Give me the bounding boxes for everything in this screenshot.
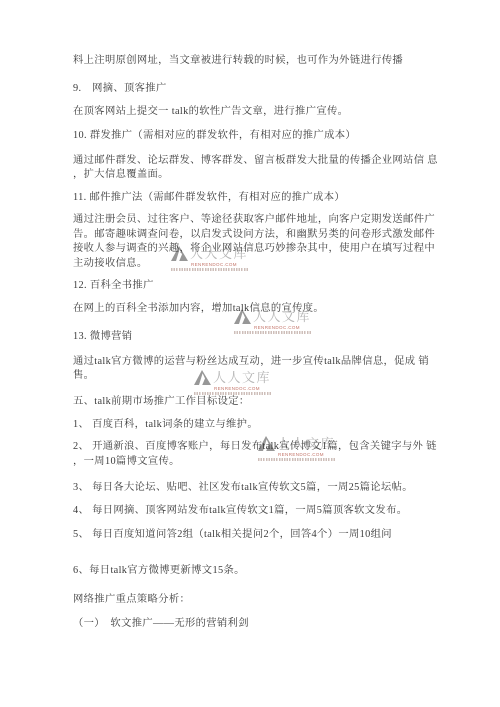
doc-heading-line: （一） 软文推广——无形的营销利剑	[73, 618, 249, 630]
watermark-fineprint	[234, 331, 312, 334]
doc-text-line: 料上注明原创网址，当文章被进行转载的时候，也可作为外链进行传播	[73, 55, 403, 67]
doc-heading-line: 五、talk前期市场推广工作目标设定：	[73, 396, 250, 408]
watermark-fineprint	[194, 392, 272, 395]
doc-text-line: 告。邮寄趣味调查问卷，以启发式设问方法，和幽默另类的问卷形式激发邮件	[73, 229, 435, 241]
watermark-domain: RENRENDOC.COM	[214, 386, 278, 391]
watermark-fineprint	[258, 458, 336, 461]
doc-list-item: 4、 每日网摘、顶客网站发布talk宣传软文1篇，一周5篇顶客软文发布。	[73, 505, 407, 517]
watermark-brand: 人人文库	[213, 371, 271, 385]
doc-heading-line: 网络推广重点策略分析：	[73, 594, 190, 606]
doc-text-line: ，扩大信息覆盖面。	[73, 169, 169, 181]
doc-text-line: 通过邮件群发、论坛群发、博客群发、留言板群发大批量的传播企业网站信 息	[73, 155, 438, 167]
watermark-fineprint	[171, 268, 249, 271]
doc-list-item: 5、 每日百度知道问答2组（talk相关提问2个，回答4个）一周10组问	[73, 529, 392, 541]
renrendoc-logo-icon	[194, 370, 211, 385]
document-page: 人人文库 RENRENDOC.COM 人人文库 RENRENDOC.COM 人人…	[0, 0, 500, 707]
doc-text-line: 通过talk官方微博的运营与粉丝达成互动，进一步宣传talk品牌信息，促成 销	[73, 356, 429, 368]
doc-text-line: 售。	[73, 370, 94, 382]
doc-heading-line: 13. 微博营销	[73, 331, 132, 343]
watermark-domain: RENRENDOC.COM	[191, 262, 255, 267]
doc-text-line: 接收人参与调查的兴趣，将企业网站信息巧妙掺杂其中，使用户在填写过程中	[73, 243, 435, 255]
doc-heading-line: 11. 邮件推广法（需邮件群发软件，有相对应的推广成本）	[73, 192, 345, 204]
watermark-domain: RENRENDOC.COM	[254, 325, 318, 330]
doc-heading-line: 10. 群发推广（需相对应的群发软件，有相对应的推广成本）	[73, 130, 356, 142]
doc-list-item: 6、每日talk官方微博更新博文15条。	[73, 565, 245, 577]
doc-list-item: 1、 百度百科，talk词条的建立与维护。	[73, 419, 258, 431]
doc-text-line: 主动接收信息。	[73, 258, 148, 270]
watermark: 人人文库 RENRENDOC.COM	[194, 370, 278, 395]
doc-heading-line: 9. 网摘、顶客推广	[73, 83, 167, 95]
doc-list-item: 2、 开通新浪、百度博客账户，每日发布talk宣传博文1篇，包含关键字与外 链	[73, 441, 437, 453]
doc-list-item: 3、 每日各大论坛、贴吧、社区发布talk宣传软文5篇，一周25篇论坛帖。	[73, 482, 413, 494]
doc-text-line: 在顶客网站上提交一 talk的软性广告文章，进行推广宣传。	[73, 106, 348, 118]
doc-list-item: ，一周10篇博文宣传。	[73, 456, 180, 468]
doc-text-line: 在网上的百科全书添加内容，增加talk信息的宣传度。	[73, 303, 324, 315]
doc-heading-line: 12. 百科全书推广	[73, 280, 154, 292]
doc-text-line: 通过注册会员、过往客户、等途径获取客户邮件地址，向客户定期发送邮件广	[73, 214, 435, 226]
